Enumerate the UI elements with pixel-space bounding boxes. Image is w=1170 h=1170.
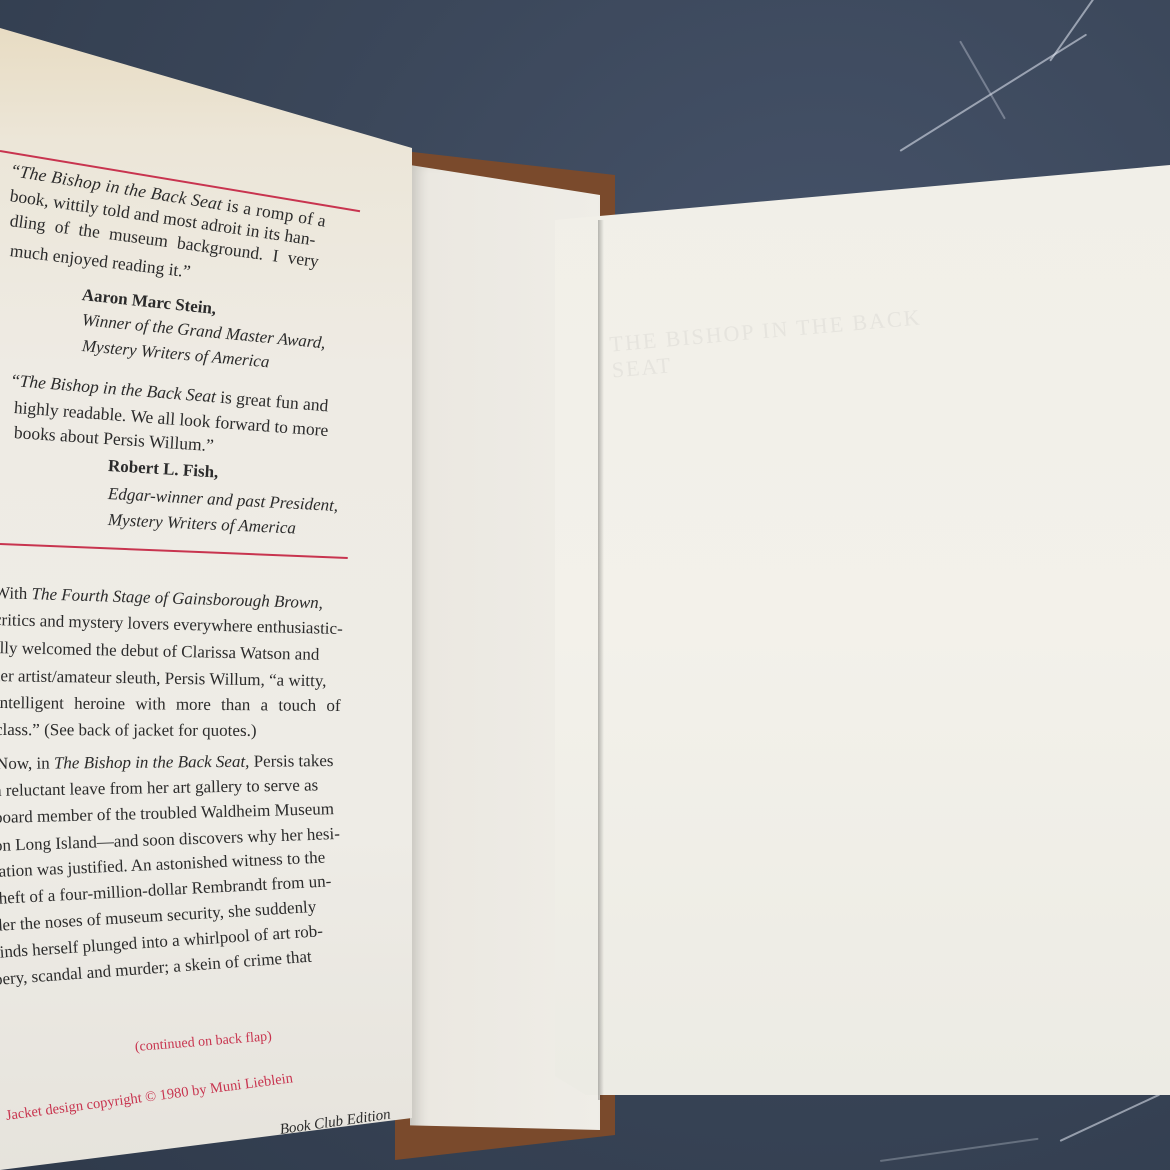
quote2-author: Robert L. Fish,	[107, 456, 218, 483]
book-club-edition: Book Club Edition	[279, 1107, 392, 1139]
body-line: class.” (See back of jacket for quotes.)	[0, 720, 257, 741]
quote2-role: Mystery Writers of America	[108, 510, 297, 539]
page-gutter-shadow	[598, 220, 604, 1100]
body-line: intelligent heroine with more than a tou…	[0, 693, 341, 716]
marble-vein	[1060, 1094, 1161, 1142]
body-line: ally welcomed the debut of Clarissa Wats…	[0, 638, 320, 665]
photo-scene: THE BISHOP IN THE BACK SEAT “The Bishop …	[0, 0, 1170, 1170]
book-right-page: THE BISHOP IN THE BACK SEAT	[555, 165, 1170, 1095]
body-line: a reluctant leave from her art gallery t…	[0, 775, 318, 801]
red-rule-bottom	[0, 543, 348, 559]
body-line: critics and mystery lovers everywhere en…	[0, 610, 343, 639]
jacket-copyright: Jacket design copyright © 1980 by Muni L…	[5, 1070, 294, 1125]
body-line: With The Fourth Stage of Gainsborough Br…	[0, 583, 323, 613]
jacket-flap-text: “The Bishop in the Back Seat is a romp o…	[0, 0, 400, 1170]
marble-vein	[899, 34, 1087, 152]
body-line: her artist/amateur sleuth, Persis Willum…	[0, 666, 327, 691]
body-line: Now, in The Bishop in the Back Seat, Per…	[0, 751, 334, 774]
continued-note: (continued on back flap)	[134, 1029, 272, 1056]
show-through-text: THE BISHOP IN THE BACK SEAT	[608, 299, 991, 384]
body-line: board member of the troubled Waldheim Mu…	[0, 799, 334, 828]
marble-vein	[880, 1138, 1039, 1162]
